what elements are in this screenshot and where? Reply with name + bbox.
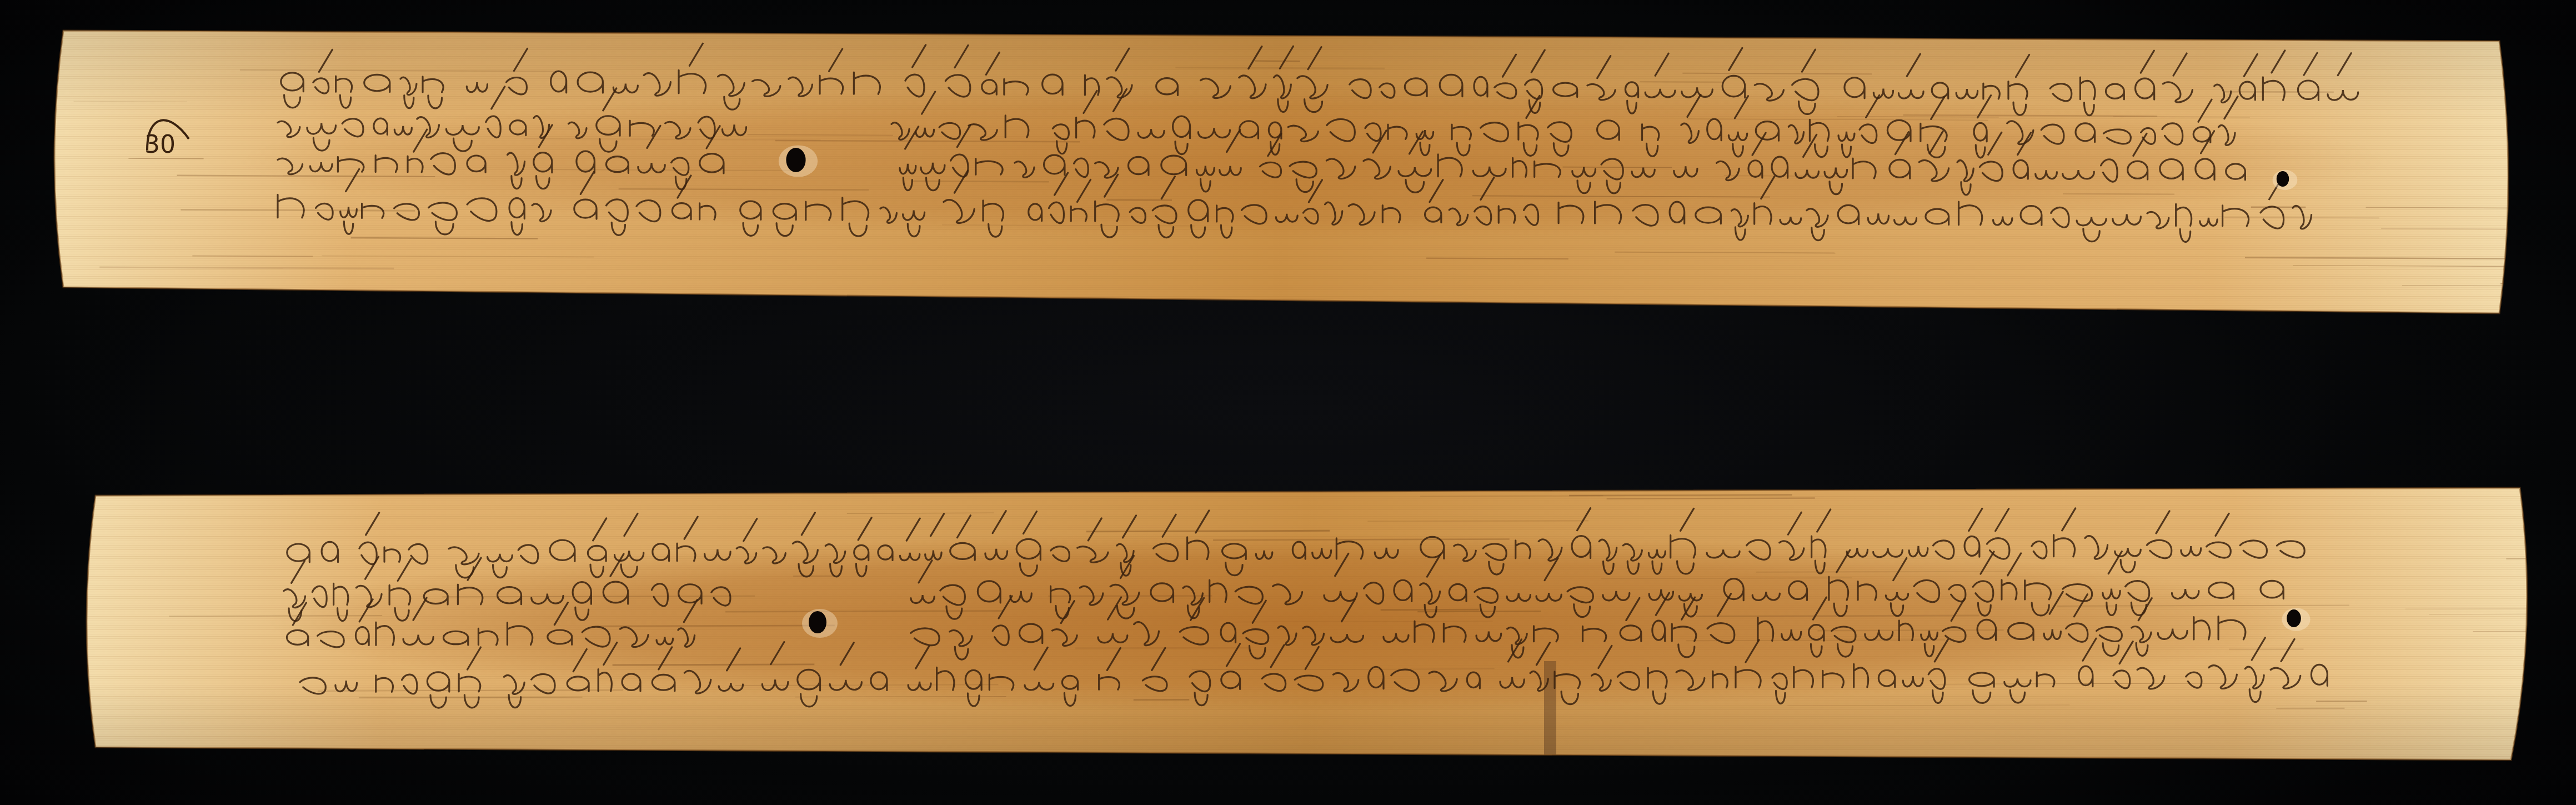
binding-hole-2 (2277, 171, 2289, 187)
binding-hole-1 (786, 148, 805, 172)
svg-text:30: 30 (144, 131, 176, 159)
manuscript-scene: 30ᬳᬦ᭄ᬢᬶᬓᬦᬶᬧᬦ᭄ᬤᬶᬢ᭄ᬬᬲᬶᬤ᭄ᬥᬶᬧ᭄ᬭᬯᬸᬲ᭄ᬳᬦᬸᬕ᭄ᬭᬳᬢᬓ… (0, 0, 2576, 805)
photo-stage: 30ᬳᬦ᭄ᬢᬶᬓᬦᬶᬧᬦ᭄ᬤᬶᬢ᭄ᬬᬲᬶᬤ᭄ᬥᬶᬧ᭄ᬭᬯᬸᬲ᭄ᬳᬦᬸᬕ᭄ᬭᬳᬢᬓ… (0, 0, 2576, 805)
binding-hole-1 (809, 611, 826, 633)
binding-hole-2 (2287, 609, 2301, 627)
